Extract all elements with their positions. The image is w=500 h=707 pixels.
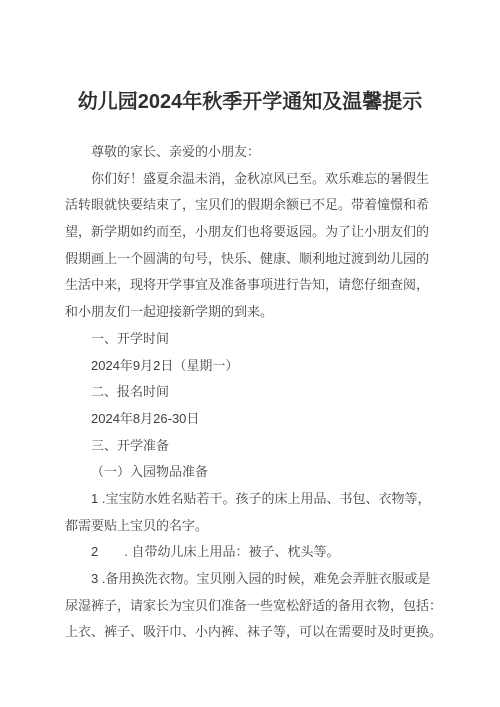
- text-line: 3 .备用换洗衣物。宝贝刚入园的时候，难免会弄脏衣服或是: [65, 566, 445, 593]
- text-line: 生活中来，现将开学事宜及准备事项进行告知，请您仔细查阅，: [65, 272, 445, 299]
- text-line: 二、报名时间: [65, 379, 445, 406]
- text-line: 和小朋友们一起迎接新学期的到来。: [65, 299, 445, 326]
- text-line: 望，新学期如约而至，小朋友们也将要返园。为了让小朋友们的: [65, 219, 445, 246]
- text-line: 都需要贴上宝贝的名字。: [65, 513, 445, 540]
- text-line: 活转眼就快要结束了，宝贝们的假期余额已不足。带着憧憬和希: [65, 192, 445, 219]
- text-line: 2024年8月26-30日: [65, 406, 445, 433]
- text-line: 三、开学准备: [65, 433, 445, 460]
- text-line: 一、开学时间: [65, 326, 445, 353]
- document-title: 幼儿园2024年秋季开学通知及温馨提示: [0, 0, 500, 114]
- document-page: 幼儿园2024年秋季开学通知及温馨提示 尊敬的家长、亲爱的小朋友：你们好！盛夏余…: [0, 0, 500, 707]
- text-line: 尊敬的家长、亲爱的小朋友：: [65, 139, 445, 166]
- text-line: 2024年9月2日（星期一）: [65, 353, 445, 380]
- text-line: 1 .宝宝防水姓名贴若干。孩子的床上用品、书包、衣物等，: [65, 486, 445, 513]
- text-line: （一）入园物品准备: [65, 459, 445, 486]
- text-line: 2 . 自带幼儿床上用品：被子、枕头等。: [65, 539, 445, 566]
- text-line: 尿湿裤子，请家长为宝贝们准备一些宽松舒适的备用衣物，包括：: [65, 593, 445, 620]
- document-body: 尊敬的家长、亲爱的小朋友：你们好！盛夏余温未消，金秋凉风已至。欢乐难忘的暑假生活…: [65, 139, 445, 646]
- text-line: 上衣、裤子、吸汗巾、小内裤、袜子等，可以在需要时及时更换。: [65, 619, 445, 646]
- text-line: 假期画上一个圆满的句号，快乐、健康、顺利地过渡到幼儿园的: [65, 246, 445, 273]
- text-line: 你们好！盛夏余温未消，金秋凉风已至。欢乐难忘的暑假生: [65, 166, 445, 193]
